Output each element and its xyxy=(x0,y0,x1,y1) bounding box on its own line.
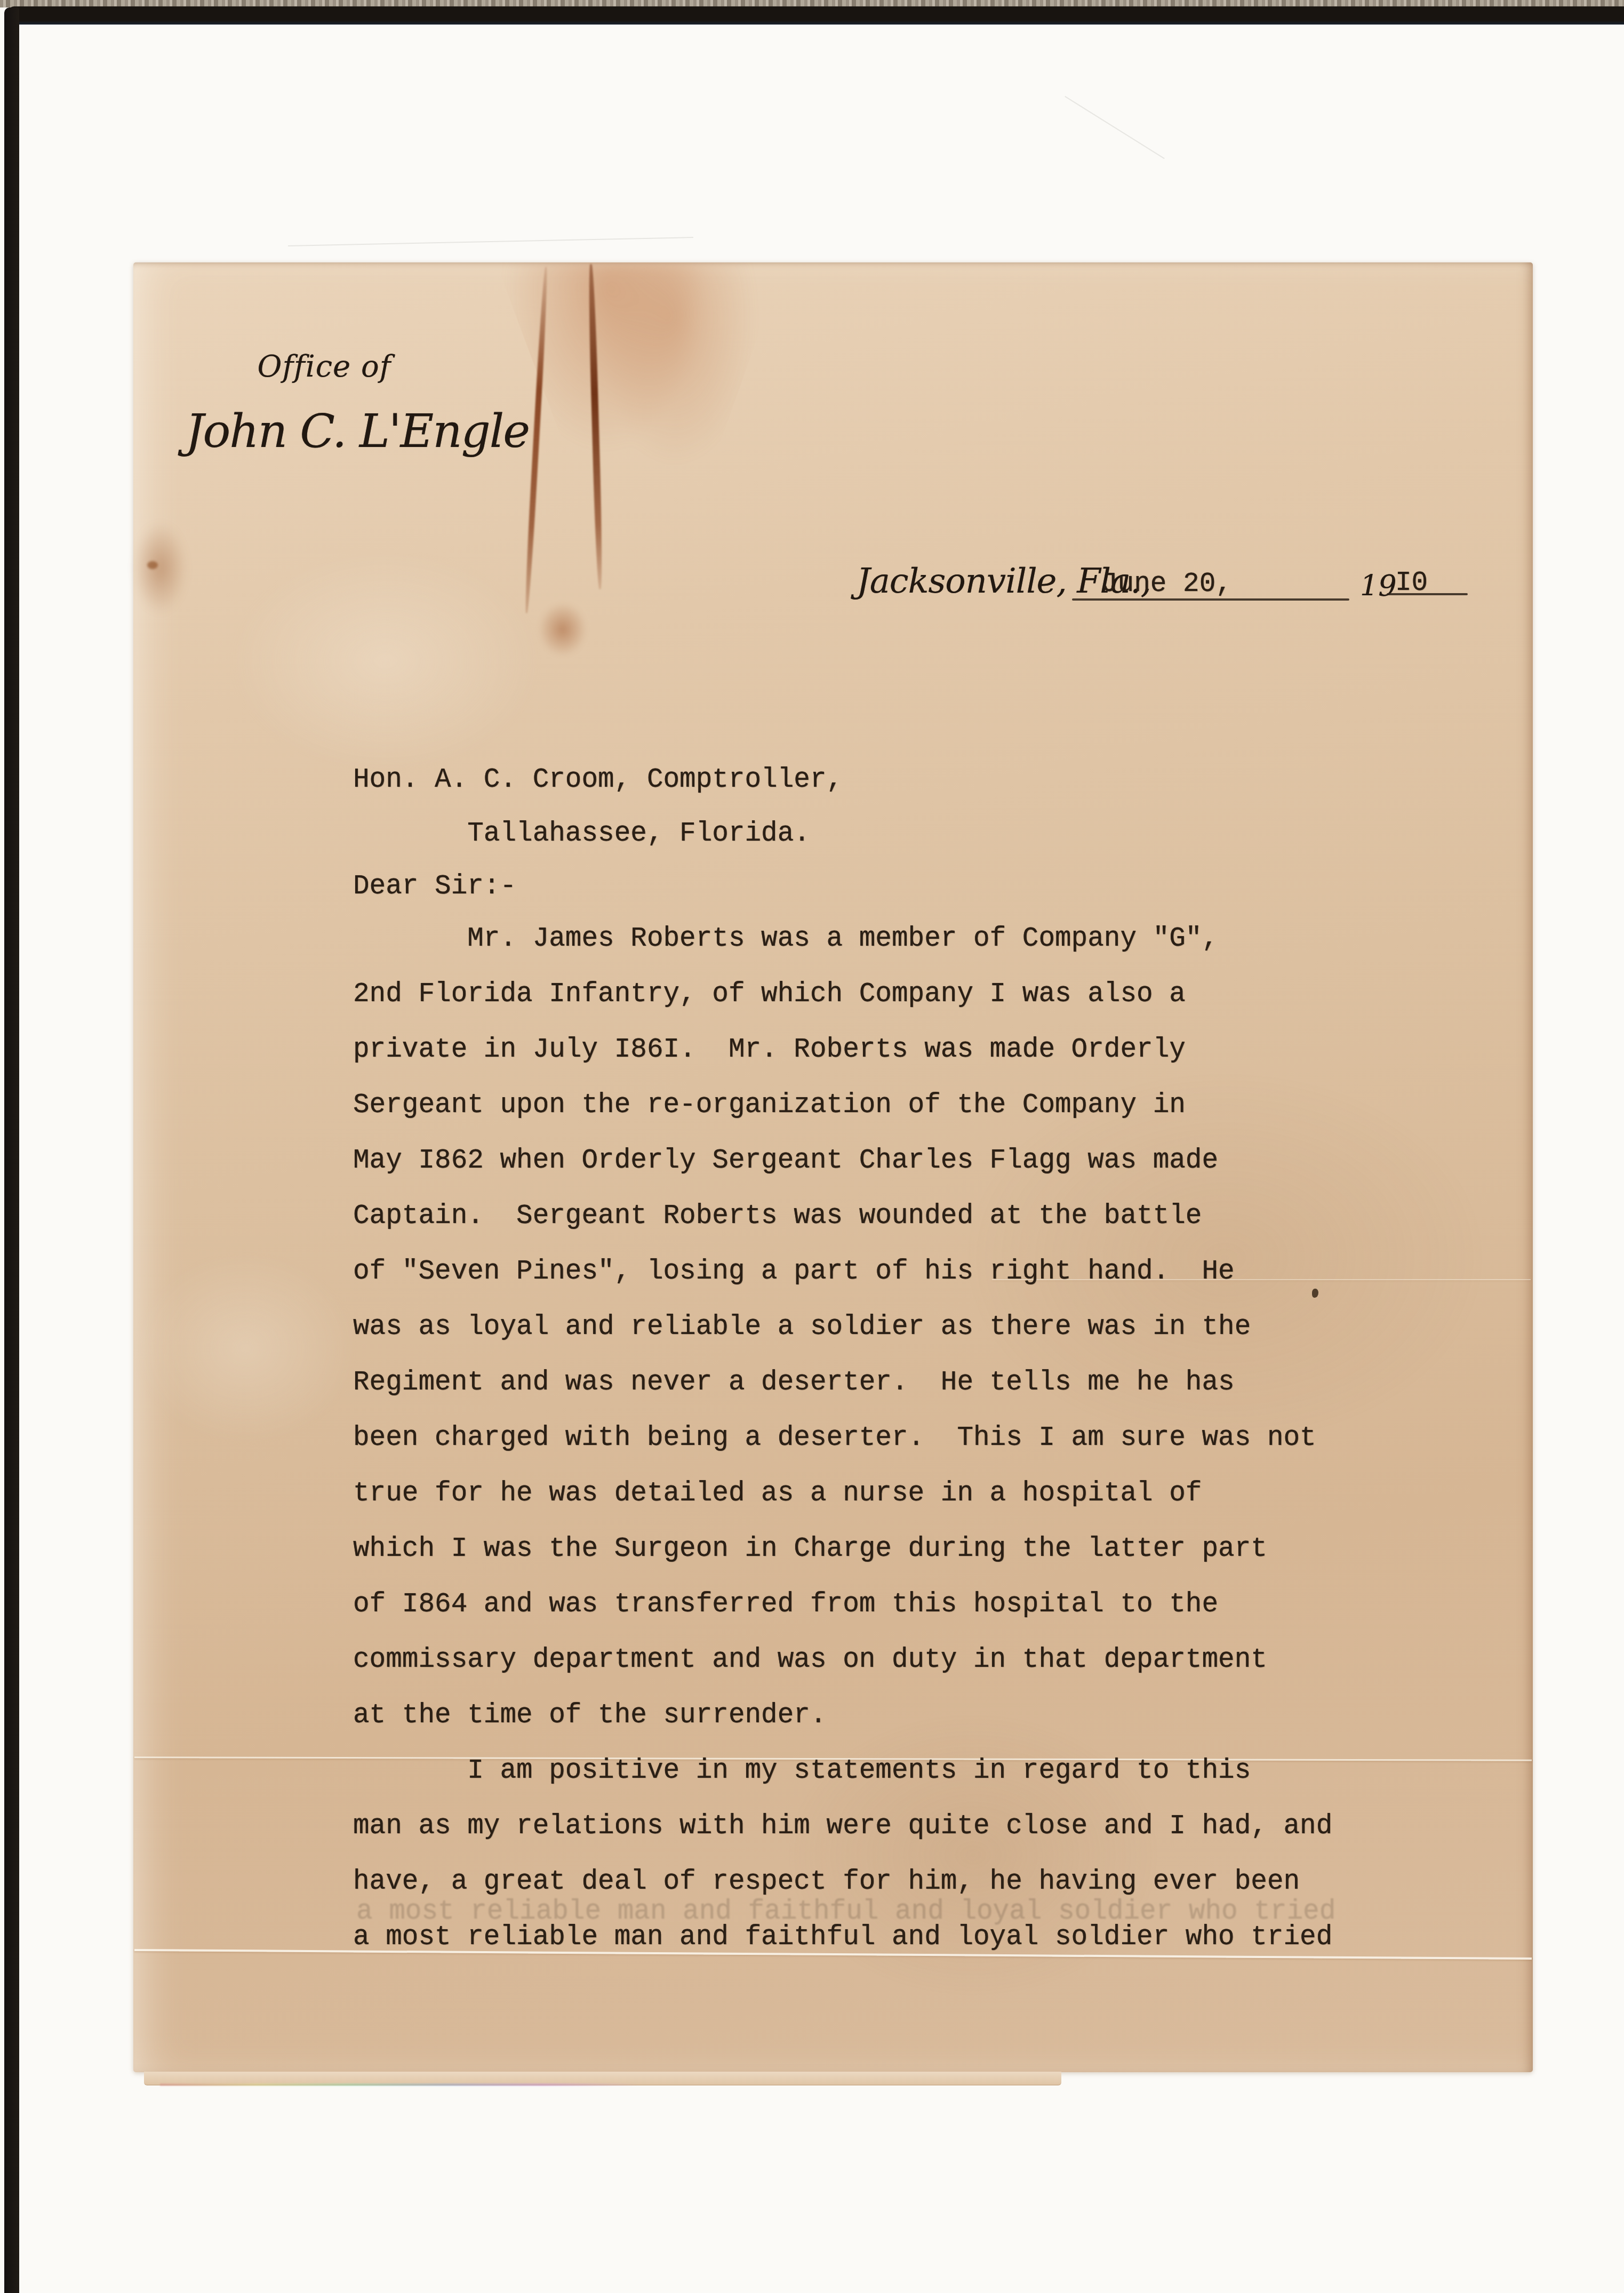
body-line: which I was the Surgeon in Charge during… xyxy=(353,1536,1267,1563)
body-line: at the time of the surrender. xyxy=(353,1702,827,1729)
dateline-underline xyxy=(1072,598,1349,601)
body-line: have, a great deal of respect for him, h… xyxy=(353,1868,1300,1896)
scan-rainbow-artifact xyxy=(160,2083,640,2086)
body-line: Regiment and was never a deserter. He te… xyxy=(353,1369,1235,1396)
dateline-date-typed: June 20, xyxy=(1101,571,1232,598)
left-edge-smudge-dot xyxy=(147,561,158,569)
letterhead-office-of: Office of xyxy=(239,352,410,382)
body-line: Sergeant upon the re-organization of the… xyxy=(353,1092,1186,1119)
letterhead-name: John C. L'Engle xyxy=(186,409,529,454)
recipient-line: Hon. A. C. Croom, Comptroller, xyxy=(353,766,843,794)
body-line: of I864 and was transferred from this ho… xyxy=(353,1591,1218,1618)
body-line: man as my relations with him were quite … xyxy=(353,1813,1332,1840)
body-line: private in July I86I. Mr. Roberts was ma… xyxy=(353,1036,1186,1064)
body-line: May I862 when Orderly Sergeant Charles F… xyxy=(353,1147,1218,1175)
scanned-letter-page: { "page": { "letterhead": { "office_of":… xyxy=(0,0,1624,2293)
body-line: I am positive in my statements in regard… xyxy=(353,1757,1251,1785)
recipient-line: Tallahassee, Florida. xyxy=(353,820,810,848)
body-line: true for he was detailed as a nurse in a… xyxy=(353,1480,1202,1507)
body-line: was as loyal and reliable a soldier as t… xyxy=(353,1314,1251,1341)
body-line-ghost-impression: a most reliable man and faithful and loy… xyxy=(356,1898,1335,1926)
rust-stain-tip xyxy=(539,603,587,656)
left-edge-smudge xyxy=(133,523,187,613)
dateline-year-typed: I0 xyxy=(1395,570,1428,597)
body-line: 2nd Florida Infantry, of which Company I… xyxy=(353,981,1186,1008)
body-line: of "Seven Pines", losing a part of his r… xyxy=(353,1258,1235,1285)
body-line: Captain. Sergeant Roberts was wounded at… xyxy=(353,1203,1202,1230)
body-line: Mr. James Roberts was a member of Compan… xyxy=(353,925,1218,953)
body-line: commissary department and was on duty in… xyxy=(353,1647,1267,1674)
salutation: Dear Sir:- xyxy=(353,873,516,900)
scanner-bed-crease xyxy=(1065,96,1165,159)
scan-frame-left-edge xyxy=(4,7,19,2293)
body-line: been charged with being a deserter. This… xyxy=(353,1425,1316,1452)
dateline-year-printed: 19 xyxy=(1360,572,1397,601)
scan-frame-top-edge xyxy=(9,6,1624,25)
body-line: a most reliable man and faithful and loy… xyxy=(353,1924,1332,1951)
scanner-bed-crease xyxy=(288,237,693,246)
